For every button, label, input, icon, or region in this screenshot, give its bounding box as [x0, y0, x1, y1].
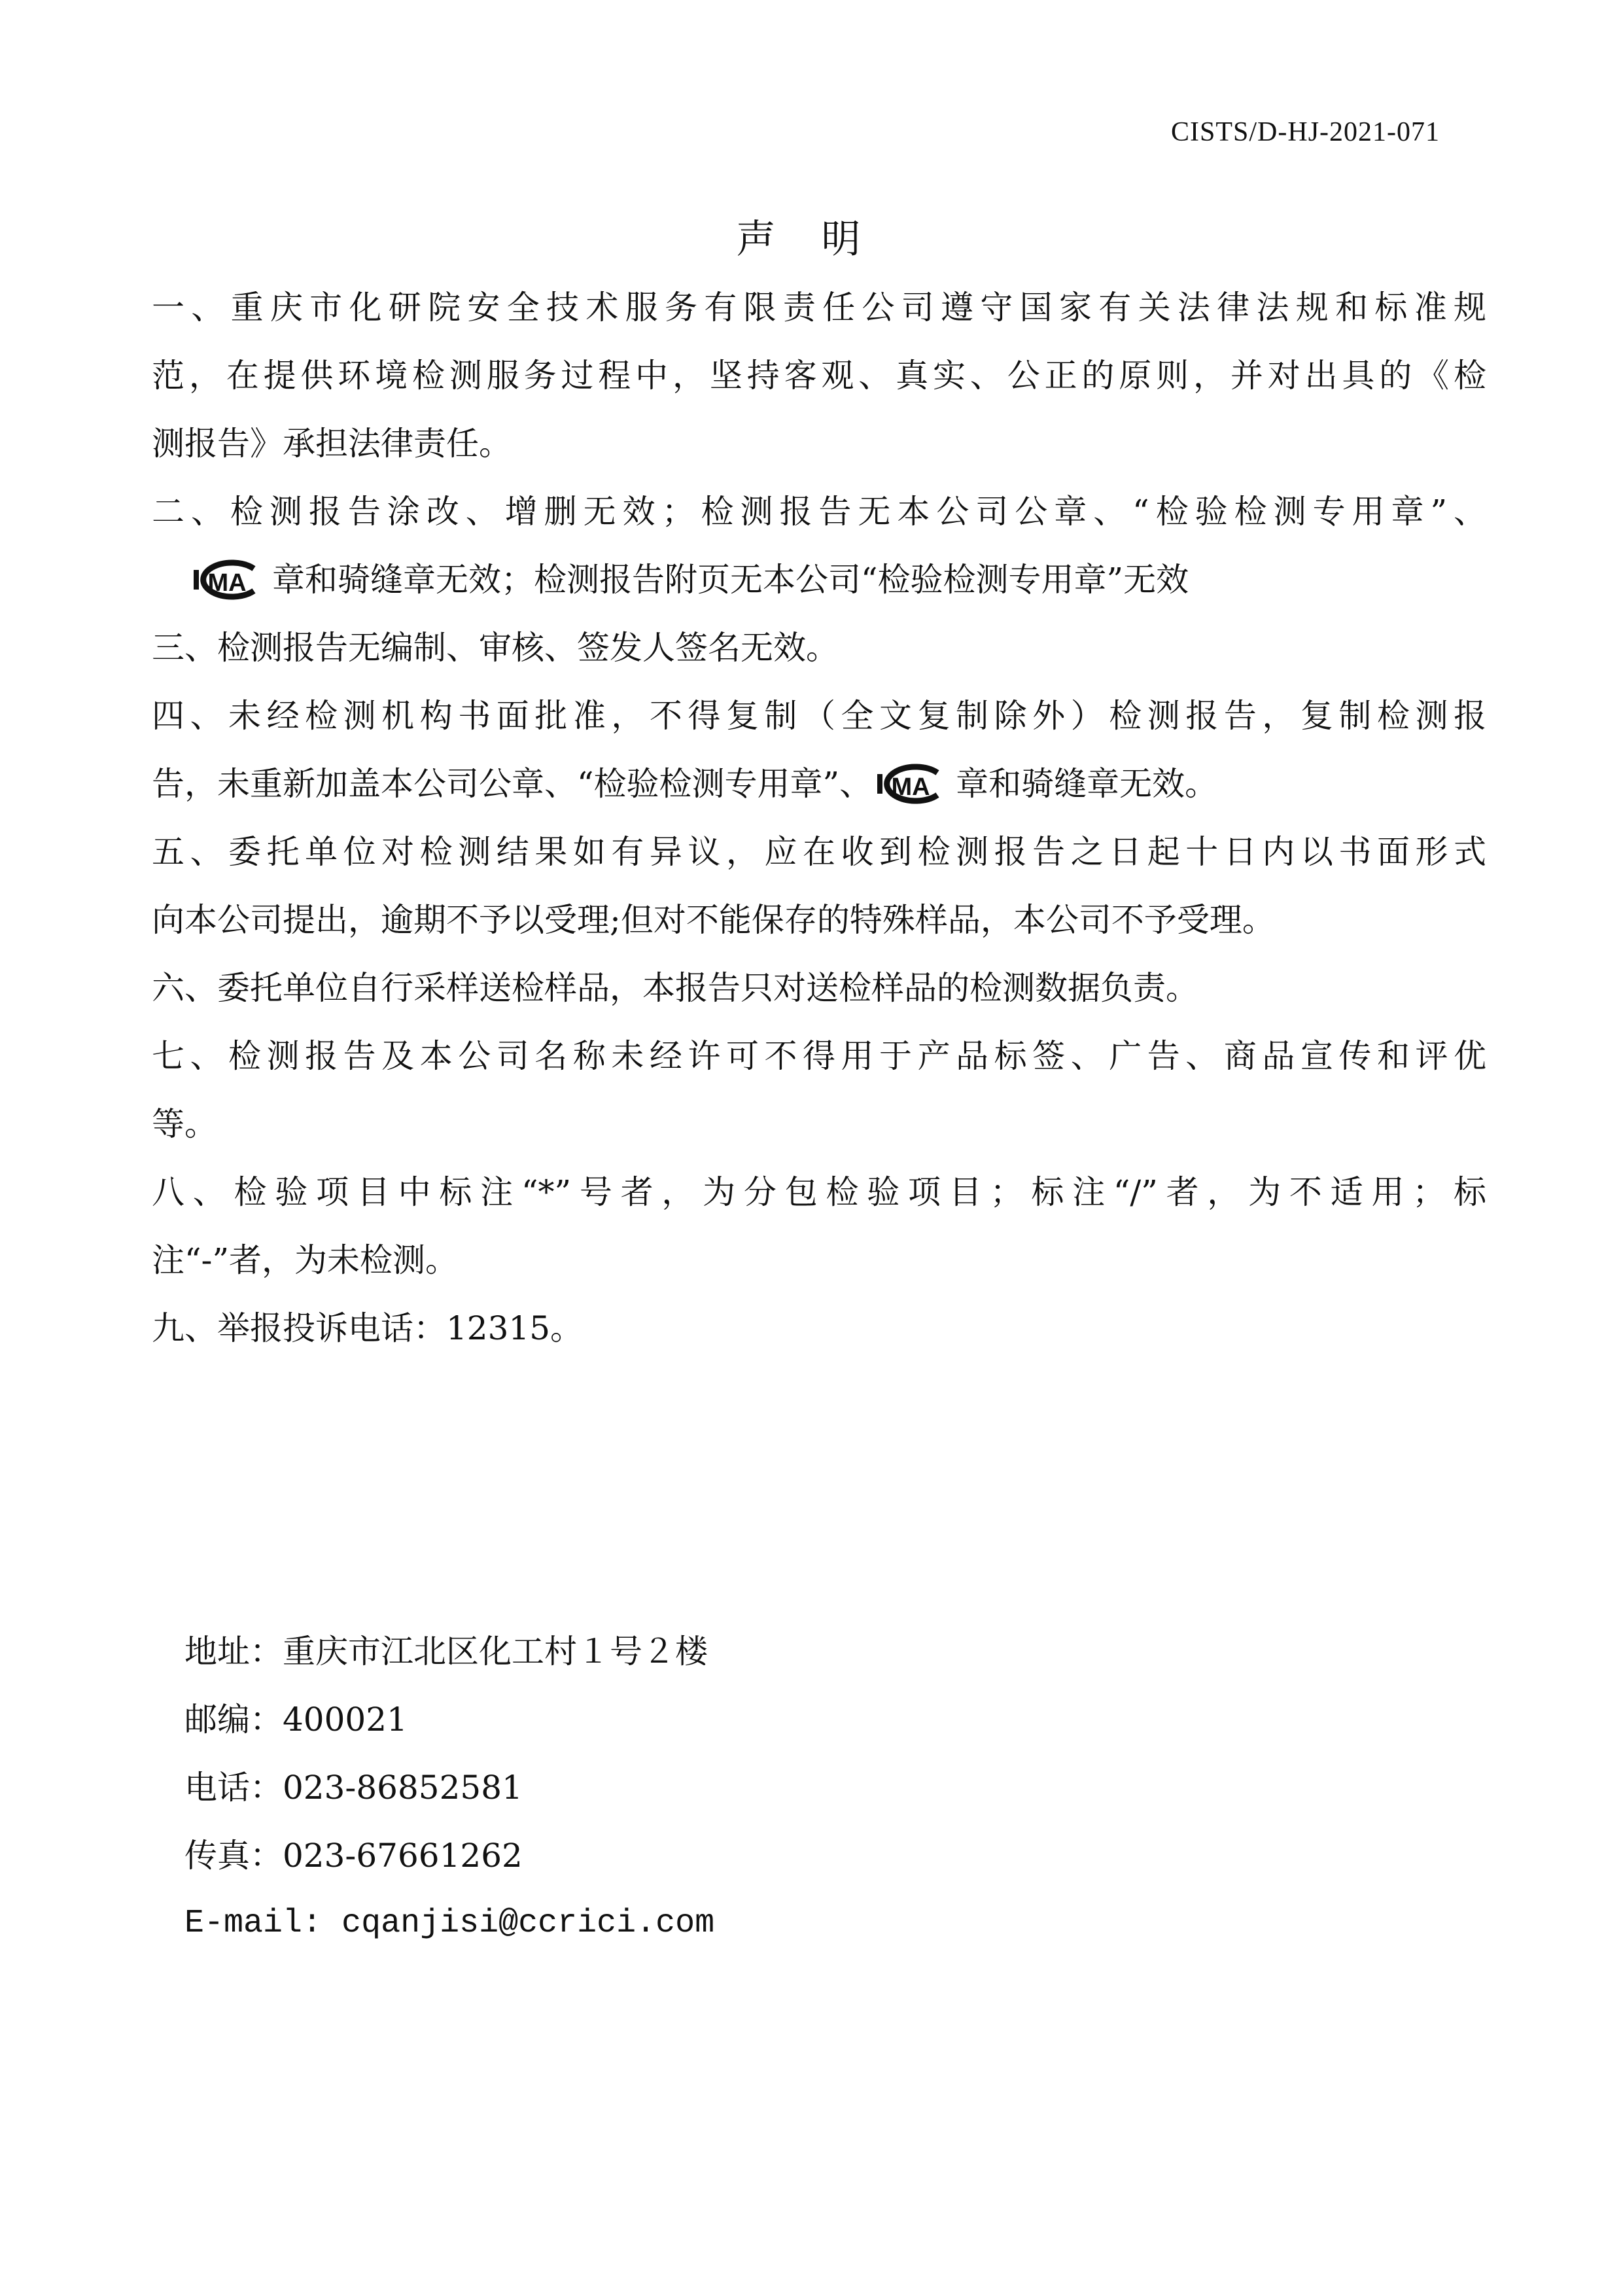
clause-1-line-2: 范，在提供环境检测服务过程中，坚持客观、真实、公正的原则，并对出具的《检: [152, 342, 1486, 410]
address-value: 重庆市江北区化工村１号２楼: [283, 1633, 708, 1670]
phone-value: 023-86852581: [283, 1769, 523, 1807]
postcode-label: 邮编：: [184, 1701, 283, 1739]
clause-1-line-3: 测报告》承担法律责任。: [152, 410, 1486, 478]
clause-8-line-2: 注“-”者，为未检测。: [152, 1226, 1486, 1294]
cma-mark-icon: MA: [188, 559, 266, 600]
address-row: 地址：重庆市江北区化工村１号２楼: [184, 1617, 714, 1686]
postcode-value: 400021: [283, 1701, 408, 1739]
clause-9-line-1: 九、举报投诉电话：12315。: [152, 1294, 1486, 1362]
document-code: CISTS/D-HJ-2021-071: [1171, 116, 1440, 148]
clause-4-line-1: 四、未经检测机构书面批准，不得复制（全文复制除外）检测报告，复制检测报: [152, 682, 1486, 750]
clause-5-line-2: 向本公司提出，逾期不予以受理;但对不能保存的特殊样品，本公司不予受理。: [152, 886, 1486, 954]
cma-mark-icon: MA: [872, 764, 949, 804]
clause-3-line-1: 三、检测报告无编制、审核、签发人签名无效。: [152, 614, 1486, 682]
svg-text:MA: MA: [207, 569, 246, 597]
fax-row: 传真：023-67661262: [184, 1822, 714, 1890]
clause-5-line-1: 五、委托单位对检测结果如有异议，应在收到检测报告之日起十日内以书面形式: [152, 818, 1486, 886]
clause-2-line-2-text: 章和骑缝章无效；检测报告附页无本公司“检验检测专用章”无效: [272, 561, 1189, 599]
clause-1-line-1: 一、重庆市化研院安全技术服务有限责任公司遵守国家有关法律法规和标准规: [152, 274, 1486, 342]
clause-7-line-1: 七、检测报告及本公司名称未经许可不得用于产品标签、广告、商品宣传和评优: [152, 1022, 1486, 1090]
clause-6-line-1: 六、委托单位自行采样送检样品，本报告只对送检样品的检测数据负责。: [152, 954, 1486, 1022]
declaration-body: 一、重庆市化研院安全技术服务有限责任公司遵守国家有关法律法规和标准规 范，在提供…: [152, 274, 1486, 1362]
clause-2-line-1: 二、检测报告涂改、增删无效；检测报告无本公司公章、“检验检测专用章”、: [152, 478, 1486, 546]
email-label: E-mail:: [184, 1905, 322, 1942]
svg-text:MA: MA: [892, 773, 930, 801]
clause-4-line-2-text-a: 告，未重新加盖本公司公章、“检验检测专用章”、: [152, 765, 872, 803]
email-value[interactable]: cqanjisi@ccrici.com: [341, 1905, 714, 1942]
phone-label: 电话：: [184, 1769, 283, 1807]
contact-block: 地址：重庆市江北区化工村１号２楼 邮编：400021 电话：023-868525…: [184, 1617, 714, 1958]
clause-7-line-2: 等。: [152, 1090, 1486, 1158]
page-title: 声明: [0, 208, 1623, 264]
email-row: E-mail: cqanjisi@ccrici.com: [184, 1890, 714, 1958]
clause-4-line-2-text-b: 章和骑缝章无效。: [956, 765, 1217, 803]
phone-row: 电话：023-86852581: [184, 1754, 714, 1822]
address-label: 地址：: [184, 1633, 283, 1670]
clause-8-line-1: 八、检验项目中标注“*”号者，为分包检验项目；标注“/”者，为不适用；标: [152, 1158, 1486, 1226]
fax-value: 023-67661262: [283, 1837, 523, 1875]
fax-label: 传真：: [184, 1837, 283, 1875]
clause-2-line-2: MA 章和骑缝章无效；检测报告附页无本公司“检验检测专用章”无效: [152, 546, 1486, 614]
postcode-row: 邮编：400021: [184, 1686, 714, 1754]
clause-4-line-2: 告，未重新加盖本公司公章、“检验检测专用章”、 MA 章和骑缝章无效。: [152, 750, 1486, 818]
